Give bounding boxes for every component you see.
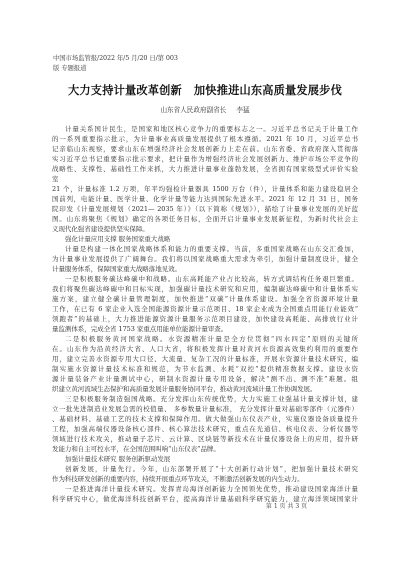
text-line: 量监测体系，完成全省 1753 家重点用能单位能源计量审查。: [52, 324, 358, 334]
text-line: 计量服务体系，保障国家重大战略落地见效。: [52, 264, 358, 274]
text-line: 室: [52, 174, 358, 184]
text-line: 创新发展，计量先行。今年，山东部署开展了“十大创新行动计划”，把加强计量技术研究: [52, 464, 358, 474]
text-line: 工程，加强高端仪器设备核心部件、核心算法技术研究，重点在光通信、核电仪表、分析仪…: [52, 424, 358, 434]
text-line: 一是推进海洋计量技术研究。发挥青岛海洋创新能力全国领先优势，推动建设国家海洋计量: [52, 484, 358, 494]
text-line: 战略性、支撑性、基础性工作来抓，大力推进计量事业蓬勃发展，全省拥有国家级型式评价…: [52, 164, 358, 174]
text-line: 记亲临山东视察，要求山东在增强经济社会发展创新力上走在前。山东省委、省政府深入贯…: [52, 144, 358, 154]
text-line: 二是积极服务黄河国家战略。水资源精准计量是全方位贯彻“四水四定”原则的关键所: [52, 334, 358, 344]
article-byline: 山东省人民政府副省长李猛: [0, 104, 410, 114]
page-indicator: 第 1 页 共 3 页: [266, 503, 307, 510]
text-line: 图。山东将聚焦《规划》确定的各项任务目标，全面开启计量事业发展新征程，为新时代社…: [52, 214, 358, 224]
text-line: 制实施水资源计量技术标准和规范，为节水监测、水耗“双控”提供精准数据支撑。建设水…: [52, 364, 358, 374]
section-heading: 加强计量技术研究 服务创新驱动发展: [52, 454, 358, 464]
text-line: 作为科技研发创新的重要内容，持续开展重点环节攻关，不断激活创新发展的内生动力。: [52, 474, 358, 484]
title-part-1: 大力支持计量改革创新: [68, 84, 182, 97]
article-title: 大力支持计量改革创新加快推进山东高质量发展步伐: [0, 82, 410, 98]
text-line: 我们将聚焦碳达峰碳中和目标实现，加强碳计量技术研究和应用，编制碳达峰碳中和计量体…: [52, 284, 358, 294]
publication-info: 中国市场监管报/2022 年/5 月/20 日/第 003 版 专题报道: [53, 53, 178, 73]
text-line: 计量关系国计民生，是国家和地区核心竞争力的重要标志之一。习近平总书记关于计量工作: [52, 124, 358, 134]
text-line: 为计量事业发展提供了广阔舞台。我们将以国家战略重大需求为牵引，加强计量制度设计，…: [52, 254, 358, 264]
text-line: 、基础材料、基础工艺的技术支撑和保障作用。做大做强山东仪表产业，实施仪器设备质量…: [52, 414, 358, 424]
text-line: 施方案，建立健全碳计量管理制度，加快推进“双碳”计量体系建设。加强全省资源环境计…: [52, 294, 358, 304]
document-page: 中国市场监管报/2022 年/5 月/20 日/第 003 版 专题报道 大力支…: [0, 0, 410, 580]
text-line: 一是积极服务碳达峰碳中和战略。山东高耗能产业占比较高，转方式调结构任务艰巨繁重。: [52, 274, 358, 284]
text-line: 源计量装备产业计量测试中心，研制水资源计量专用设备，解决“测不出、测不准”难题。…: [52, 374, 358, 384]
text-line: 在。山东作为沿黄经济大省、人口大省，将积极发挥计量对黄河水资源高效集约利用的重要…: [52, 344, 358, 354]
text-line: 院印发《计量发展规划（2021— 2035 年）》（以下简称《规划》），描绘了计…: [52, 204, 358, 214]
title-part-2: 加快推进山东高质量发展步伐: [194, 84, 342, 97]
text-line: 实习近平总书记重要指示批示要求，把计量作为增强经济社会发展创新力、维护市场公平竞…: [52, 154, 358, 164]
author-name: 李猛: [236, 106, 249, 114]
text-line: 义现代化强省建设提供坚实保障。: [52, 224, 358, 234]
text-line: 织建立黄河流域生态保护和高质量发展计量服务协同平台，推动黄河流域计量工作协调发展…: [52, 384, 358, 394]
text-line: 21 个，计量标准 1.2 万项，年平均强检计量器具 1500 万台（件），计量…: [52, 184, 358, 194]
author-title: 山东省人民政府副省长: [160, 106, 226, 114]
section-line: 版 专题报道: [53, 63, 178, 73]
text-line: 的一系列重要指示批示，为计量事业高质量发展提供了根本遵循。2021 年 10 月…: [52, 134, 358, 144]
article-body: 计量关系国计民生，是国家和地区核心竞争力的重要标志之一。习近平总书记关于计量工作…: [52, 124, 358, 504]
text-line: 国前列，电能计量、医学计量、化学计量等能力达到国际先进水平。2021 年 12 …: [52, 194, 358, 204]
source-line: 中国市场监管报/2022 年/5 月/20 日/第 003: [53, 53, 178, 63]
text-line: 计量是构建一体化国家战略体系和能力的重要支撑。当前，多重国家战略在山东交汇叠加，: [52, 244, 358, 254]
text-line: 工作，在已有 6 家企业入选全国能源资源计量示范项目、18 家企业成为全国重点用…: [52, 304, 358, 314]
text-line: 用，建立完善水资源专用大口径、大流量、复杂工况的计量标准，开展水资源计量技术研究…: [52, 354, 358, 364]
text-line: 三是积极服务制造强国战略。充分发挥山东传统优势，大力实施工业强基计量支撑计划，建: [52, 394, 358, 404]
text-line: 发能力和自主可控水平，在全国范围叫响“山东仪表”品牌。: [52, 444, 358, 454]
text-line: 领跑者”的基础上，大力推进能源资源计量服务示范项目建设，加快建设高耗能、高排放行…: [52, 314, 358, 324]
text-line: 领域进行技术攻关，推动量子芯片、云计算、区块链等新技术在计量仪器设备上的应用，提…: [52, 434, 358, 444]
section-heading: 强化计量应用支撑 服务国家重大战略: [52, 234, 358, 244]
page-footer: 第 1 页 共 3 页: [0, 501, 410, 510]
text-line: 立一批先进制造业发展急需的校值量、 多参数量计量标准， 充分发挥计量对基础零部件…: [52, 404, 358, 414]
